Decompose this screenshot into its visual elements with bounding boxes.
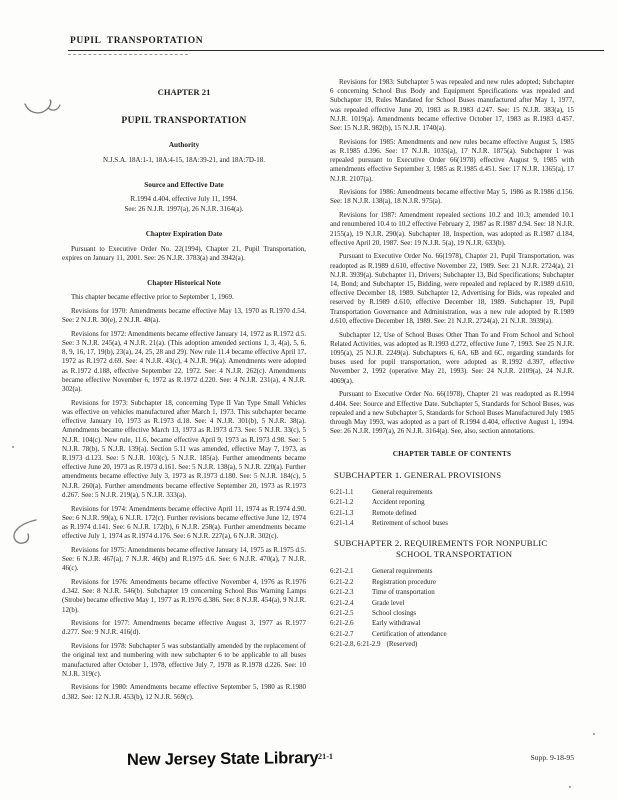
paragraph: Revisions for 1973: Subchapter 18, conce… — [62, 399, 306, 500]
toc-entry-number: 6:21-2.4 — [330, 599, 372, 608]
toc-entry: 6:21-2.4Grade level — [330, 599, 574, 608]
toc-entry: 6:21-2.1General requirements — [330, 567, 574, 576]
toc-entry-title: Time of transportation — [372, 588, 574, 597]
paragraph: Pursuant to Executive Order No. 66(1978)… — [330, 252, 574, 326]
paragraph: Revisions for 1980: Amendments became ef… — [62, 683, 306, 701]
paragraph: Revisions for 1975: Amendments became ef… — [62, 546, 306, 574]
toc-entry-number: 6:21-2.5 — [330, 609, 372, 618]
toc-entry: 6:21-1.4Retirement of school buses — [330, 519, 574, 528]
toc-entry: 6:21-2.6Early withdrawal — [330, 619, 574, 628]
paragraph: Revisions for 1970: Amendments became ef… — [62, 307, 306, 325]
paragraph: Revisions for 1976: Amendments became ef… — [62, 578, 306, 615]
toc-entry-number: 6:21-1.3 — [330, 509, 372, 518]
section-line: See: 26 N.J.R. 1997(a), 26 N.J.R. 3164(a… — [62, 205, 306, 214]
paragraph: Subchapter 12, Use of School Buses Other… — [330, 331, 574, 386]
toc-entry: 6:21-1.1General requirements — [330, 488, 574, 497]
running-header-title: PUPIL TRANSPORTATION — [70, 36, 203, 46]
toc-entry: 6:21-2.5School closings — [330, 609, 574, 618]
paragraph: Revisions for 1987: Amendment repealed s… — [330, 211, 574, 248]
toc-entry-title: Early withdrawal — [372, 619, 574, 628]
toc-entry-number: 6:21-2.2 — [330, 578, 372, 587]
paragraph: Revisions for 1986: Amendments became ef… — [330, 188, 574, 206]
toc-entry-title: (Reserved) — [387, 640, 574, 649]
scan-speck — [593, 733, 595, 735]
toc-entry-number: 6:21-2.7 — [330, 630, 372, 639]
paragraph: Pursuant to Executive Order No. 66(1978)… — [330, 390, 574, 436]
left-column: CHAPTER 21 PUPIL TRANSPORTATION Authorit… — [62, 78, 306, 702]
toc-entry-title: Certification of attendance — [372, 630, 574, 639]
toc-entry-number: 6:21-1.2 — [330, 498, 372, 507]
paragraph: Revisions for 1974: Amendments became ef… — [62, 505, 306, 542]
chapter-number-heading: CHAPTER 21 — [62, 88, 306, 97]
section-heading: Chapter Historical Note — [62, 279, 306, 288]
document-page: PUPIL TRANSPORTATION CHAPTER 21 PUPIL TR… — [0, 0, 618, 800]
toc-entry-title: General requirements — [372, 488, 574, 497]
toc-entry-number: 6:21-1.1 — [330, 488, 372, 497]
toc-entry-number: 6:21-2.3 — [330, 588, 372, 597]
table-of-contents: SUBCHAPTER 1. GENERAL PROVISIONS6:21-1.1… — [330, 470, 574, 650]
toc-entry-title: Registration procedure — [372, 578, 574, 587]
toc-entry: 6:21-2.3Time of transportation — [330, 588, 574, 597]
toc-entry-title: Accident reporting — [372, 498, 574, 507]
section-heading: Source and Effective Date — [62, 181, 306, 190]
toc-subchapter-title: SUBCHAPTER 2. REQUIREMENTS FOR NONPUBLIC… — [334, 538, 574, 559]
toc-entry-title: General requirements — [372, 567, 574, 576]
toc-entry: 6:21-2.2Registration procedure — [330, 578, 574, 587]
paragraph: Revisions for 1972: Amendments became ef… — [62, 330, 306, 394]
scan-speck — [569, 786, 571, 788]
supplement-date: Supp. 9-18-95 — [531, 753, 574, 762]
chapter-title: PUPIL TRANSPORTATION — [62, 116, 306, 125]
right-column: Revisions for 1983: Subchapter 5 was rep… — [330, 78, 574, 702]
toc-entry: 6:21-2.8, 6:21-2.9(Reserved) — [330, 640, 574, 649]
toc-entry: 6:21-1.2Accident reporting — [330, 498, 574, 507]
front-section: Chapter Expiration DatePursuant to Execu… — [62, 230, 306, 263]
page-number: 21-1 — [318, 752, 333, 761]
toc-entry-number: 6:21-1.4 — [330, 519, 372, 528]
toc-entry-title: School closings — [372, 609, 574, 618]
library-stamp: New Jersey State Library — [127, 749, 319, 770]
paragraph: Revisions for 1983: Subchapter 5 was rep… — [330, 78, 574, 133]
scan-speck — [12, 446, 14, 448]
toc-entry-number: 6:21-2.8, 6:21-2.9 — [330, 640, 381, 649]
toc-subchapter-title: SUBCHAPTER 1. GENERAL PROVISIONS — [334, 470, 574, 481]
front-section: Source and Effective DateR.1994 d.404, e… — [62, 181, 306, 215]
toc-entry: 6:21-1.3Remote defined — [330, 509, 574, 518]
toc-entry-title: Grade level — [372, 599, 574, 608]
header-rule-artifact — [68, 54, 188, 55]
pen-mark — [22, 92, 62, 120]
toc-entry-title: Retirement of school buses — [372, 519, 574, 528]
toc-heading: CHAPTER TABLE OF CONTENTS — [330, 450, 574, 459]
page-body: CHAPTER 21 PUPIL TRANSPORTATION Authorit… — [62, 78, 574, 702]
section-line: R.1994 d.404, effective July 11, 1994. — [62, 195, 306, 204]
front-section: AuthorityN.J.S.A. 18A:1-1, 18A:4-15, 18A… — [62, 141, 306, 164]
toc-entry-title: Remote defined — [372, 509, 574, 518]
section-line: N.J.S.A. 18A:1-1, 18A:4-15, 18A:39-21, a… — [62, 156, 306, 165]
header-rule — [68, 50, 604, 51]
toc-entry-number: 6:21-2.1 — [330, 567, 372, 576]
section-heading: Authority — [62, 141, 306, 150]
section-heading: Chapter Expiration Date — [62, 230, 306, 239]
toc-entry-number: 6:21-2.6 — [330, 619, 372, 628]
pen-mark — [4, 516, 40, 548]
paragraph: Revisions for 1978: Subchapter 5 was sub… — [62, 642, 306, 679]
front-sections: AuthorityN.J.S.A. 18A:1-1, 18A:4-15, 18A… — [62, 141, 306, 701]
toc-entry: 6:21-2.7Certification of attendance — [330, 630, 574, 639]
paragraph: Revisions for 1977: Amendments became ef… — [62, 619, 306, 637]
paragraph: This chapter became effective prior to S… — [62, 293, 306, 302]
paragraph: Pursuant to Executive Order No. 22(1994)… — [62, 245, 306, 263]
front-section: Chapter Historical NoteThis chapter beca… — [62, 279, 306, 702]
historical-note-continued: Revisions for 1983: Subchapter 5 was rep… — [330, 78, 574, 436]
paragraph: Revisions for 1985: Amendments and new r… — [330, 138, 574, 184]
